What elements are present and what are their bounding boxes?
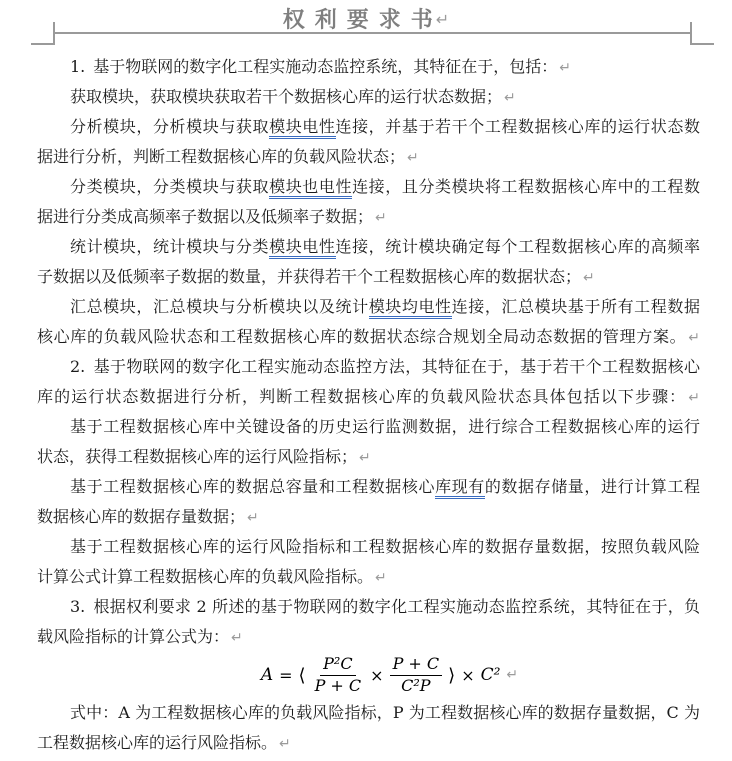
- claim-line: 数据核心库的数据存量数据；↵: [37, 502, 700, 532]
- margin-tick-left: [53, 22, 55, 44]
- grammar-flagged-text: 模块电性: [269, 117, 335, 139]
- fraction-2-numerator: P + C: [390, 654, 443, 676]
- claim-text: 统计模块，统计模块与分类: [70, 237, 269, 256]
- claim-line: 子数据以及低频率子数据的数量，并获得若干个工程数据核心库的数据状态；↵: [37, 262, 700, 292]
- claim-line: 分析模块，分析模块与获取模块电性连接，并基于若干个工程数据核心库的运行状态数: [37, 112, 700, 142]
- claim-text: 获取模块，获取模块获取若干个数据核心库的运行状态数据；: [70, 87, 502, 106]
- claim-line: 据进行分类成高频率子数据以及低频率子数据；↵: [37, 202, 700, 232]
- claim-line: 据进行分析，判断工程数据核心库的负载风险状态；↵: [37, 142, 700, 172]
- fraction-2: P + C C²P: [390, 654, 443, 697]
- claim-line: 获取模块，获取模块获取若干个数据核心库的运行状态数据；↵: [37, 82, 700, 112]
- claim-text: 连接，并基于若干个工程数据核心库的运行状态数: [336, 117, 700, 136]
- claim-text: 式中：A 为工程数据核心库的负载风险指标，P 为工程数据核心库的数据存量数据，C…: [70, 703, 700, 722]
- paragraph-mark: ↵: [375, 210, 387, 226]
- claim-text: 计算公式计算工程数据核心库的负载风险指标。: [37, 567, 373, 586]
- claim-line: 载风险指标的计算公式为：↵: [37, 622, 700, 652]
- fraction-1-numerator: P²C: [320, 654, 355, 676]
- equals-sign: =: [279, 666, 292, 685]
- claim-line: 汇总模块，汇总模块与分析模块以及统计模块均电性连接，汇总模块基于所有工程数据: [37, 292, 700, 322]
- claim-line: 库的运行状态数据进行分析，判断工程数据核心库的负载风险状态具体包括以下步骤：↵: [37, 382, 700, 412]
- paragraph-mark: ↵: [583, 270, 595, 286]
- margin-tick-right: [690, 22, 692, 44]
- claim-line: 核心库的负载风险状态和工程数据核心库的数据状态综合规划全局动态数据的管理方案。↵: [37, 322, 700, 352]
- paragraph-mark: ↵: [436, 10, 449, 29]
- claim-text: 汇总模块，汇总模块与分析模块以及统计: [70, 297, 369, 316]
- formula-tail: C²: [481, 665, 501, 685]
- claim-line: 2. 基于物联网的数字化工程实施动态监控方法，其特征在于，基于若干个工程数据核心: [37, 352, 700, 382]
- claims-text-before: 1. 基于物联网的数字化工程实施动态监控系统，其特征在于，包括：↵获取模块，获取…: [37, 52, 700, 652]
- claim-text: 工程数据核心库的运行风险指标。: [37, 733, 277, 752]
- fraction-1-denominator: P + C: [312, 676, 365, 697]
- page-title: 权利要求书: [283, 8, 443, 33]
- claim-text: 据进行分类成高频率子数据以及低频率子数据；: [37, 207, 373, 226]
- claim-text: 基于工程数据核心库中关键设备的历史运行监测数据，进行综合工程数据核心库的运行: [70, 417, 700, 436]
- claim-text: 库的运行状态数据进行分析，判断工程数据核心库的负载风险状态具体包括以下步骤：: [37, 387, 686, 406]
- claims-text-after: 式中：A 为工程数据核心库的负载风险指标，P 为工程数据核心库的数据存量数据，C…: [37, 698, 700, 758]
- crop-mark-right: [690, 43, 714, 45]
- claim-text: 分类模块，分类模块与获取: [70, 177, 269, 196]
- claim-text: 连接，且分类模块将工程数据核心库中的工程数: [352, 177, 700, 196]
- paragraph-mark: ↵: [559, 60, 571, 76]
- fraction-2-denominator: C²P: [398, 676, 433, 697]
- claim-line: 统计模块，统计模块与分类模块电性连接，统计模块确定每个工程数据核心库的高频率: [37, 232, 700, 262]
- claim-text: 连接，汇总模块基于所有工程数据: [452, 297, 700, 316]
- formula-lhs: A: [261, 665, 273, 685]
- claim-line: 基于工程数据核心库的运行风险指标和工程数据核心库的数据存量数据，按照负载风险: [37, 532, 700, 562]
- claim-line: 状态，获得工程数据核心库的运行风险指标；↵: [37, 442, 700, 472]
- paragraph-mark: ↵: [504, 90, 516, 106]
- claim-line: 3. 根据权利要求 2 所述的基于物联网的数字化工程实施动态监控系统，其特征在于…: [37, 592, 700, 622]
- grammar-flagged-text: 库现有: [435, 477, 485, 499]
- paragraph-mark: ↵: [231, 630, 243, 646]
- paragraph-mark: ↵: [688, 390, 700, 406]
- grammar-flagged-text: 模块电性: [269, 237, 335, 259]
- claim-line: 工程数据核心库的运行风险指标。↵: [37, 728, 700, 758]
- paragraph-mark: ↵: [688, 330, 700, 346]
- claim-text: 据进行分析，判断工程数据核心库的负载风险状态；: [37, 147, 405, 166]
- claim-line: 基于工程数据核心库中关键设备的历史运行监测数据，进行综合工程数据核心库的运行: [37, 412, 700, 442]
- paragraph-mark: ↵: [279, 736, 291, 752]
- claim-text: 子数据以及低频率子数据的数量，并获得若干个工程数据核心库的数据状态；: [37, 267, 581, 286]
- claim-line: 计算公式计算工程数据核心库的负载风险指标。↵: [37, 562, 700, 592]
- multiply-sign-2: ×: [461, 666, 474, 685]
- claim-line: 式中：A 为工程数据核心库的负载风险指标，P 为工程数据核心库的数据存量数据，C…: [37, 698, 700, 728]
- claim-text: 2. 基于物联网的数字化工程实施动态监控方法，其特征在于，基于若干个工程数据核心: [70, 357, 700, 376]
- multiply-sign: ×: [370, 666, 383, 685]
- claim-text: 的数据存储量，进行计算工程: [485, 477, 700, 496]
- claim-text: 基于工程数据核心库的运行风险指标和工程数据核心库的数据存量数据，按照负载风险: [70, 537, 700, 556]
- claim-line: 分类模块，分类模块与获取模块也电性连接，且分类模块将工程数据核心库中的工程数: [37, 172, 700, 202]
- claim-line: 基于工程数据核心库的数据总容量和工程数据核心库现有的数据存储量，进行计算工程: [37, 472, 700, 502]
- paragraph-mark: ↵: [359, 450, 371, 466]
- claim-text: 核心库的负载风险状态和工程数据核心库的数据状态综合规划全局动态数据的管理方案。: [37, 327, 686, 346]
- paragraph-mark: ↵: [247, 510, 259, 526]
- claim-text: 基于工程数据核心库的数据总容量和工程数据核心: [70, 477, 435, 496]
- claim-text: 载风险指标的计算公式为：: [37, 627, 229, 646]
- close-angle-bracket: ⟩: [448, 665, 455, 686]
- fraction-1: P²C P + C: [312, 654, 365, 697]
- header-rule: [54, 32, 691, 34]
- grammar-flagged-text: 模块也电性: [269, 177, 352, 199]
- claim-text: 数据核心库的数据存量数据；: [37, 507, 245, 526]
- claims-body: 1. 基于物联网的数字化工程实施动态监控系统，其特征在于，包括：↵获取模块，获取…: [37, 52, 700, 758]
- open-angle-bracket: ⟨: [299, 665, 306, 686]
- formula: A = ⟨ P²C P + C × P + C C²P ⟩ × C² ↵: [37, 652, 700, 698]
- page-header: 权利要求书↵: [0, 3, 732, 34]
- grammar-flagged-text: 模块均电性: [369, 297, 452, 319]
- claim-text: 1. 基于物联网的数字化工程实施动态监控系统，其特征在于，包括：: [70, 57, 557, 76]
- claim-line: 1. 基于物联网的数字化工程实施动态监控系统，其特征在于，包括：↵: [37, 52, 700, 82]
- paragraph-mark: ↵: [506, 667, 518, 683]
- claim-text: 3. 根据权利要求 2 所述的基于物联网的数字化工程实施动态监控系统，其特征在于…: [70, 597, 700, 616]
- crop-mark-left: [31, 43, 55, 45]
- claim-text: 连接，统计模块确定每个工程数据核心库的高频率: [336, 237, 700, 256]
- paragraph-mark: ↵: [407, 150, 419, 166]
- claim-text: 分析模块，分析模块与获取: [70, 117, 269, 136]
- claim-text: 状态，获得工程数据核心库的运行风险指标；: [37, 447, 357, 466]
- patent-claims-page: { "header": { "title": "权利要求书" }, "marks…: [0, 0, 732, 761]
- paragraph-mark: ↵: [375, 570, 387, 586]
